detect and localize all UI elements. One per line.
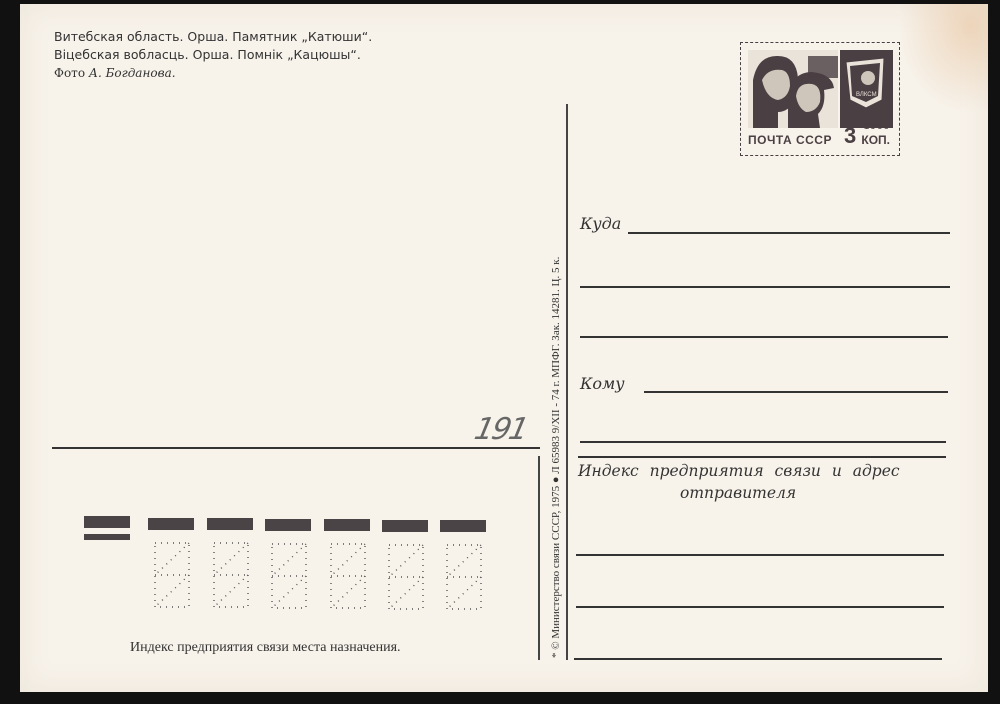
stamp-unit: КОП. (861, 133, 890, 147)
sender-line-1[interactable] (576, 554, 944, 556)
recipient-line-2[interactable] (580, 441, 946, 443)
stamp-country-label: ПОЧТА СССР (748, 133, 832, 147)
paper-stain (898, 4, 988, 114)
sender-line-2[interactable] (576, 606, 944, 608)
address-line-1[interactable] (628, 232, 950, 234)
address-line-3[interactable] (580, 336, 948, 338)
sender-label-line1: Индекс предприятия связи и адрес (578, 462, 900, 480)
index-block-top-rule (52, 447, 540, 449)
digit-box-3[interactable] (271, 543, 307, 609)
postcard-back: Витебская область. Орша. Памятник „Катюш… (20, 4, 988, 692)
postage-stamp: ВЛКСМ ПОЧТА СССР 3 1966 КОП. (740, 42, 900, 156)
sender-label-line2: отправителя (680, 484, 796, 502)
handwritten-note: 191 (471, 412, 530, 447)
index-block-divider (538, 456, 540, 660)
digit-box-1[interactable] (154, 542, 190, 608)
digit-box-6[interactable] (446, 544, 482, 610)
recipient-line-1[interactable] (644, 391, 948, 393)
address-line-2[interactable] (580, 286, 950, 288)
stamp-value: 3 (844, 123, 856, 149)
digit-box-4[interactable] (330, 543, 366, 609)
digit-box-5[interactable] (388, 544, 424, 610)
caption-belarusian: Віцебская вобласць. Орша. Помнік „Кацюшы… (54, 46, 372, 64)
code-marker-bar-thin (84, 534, 130, 540)
code-marker-bar (84, 516, 130, 528)
address-divider (566, 104, 568, 660)
sender-line-3[interactable] (574, 658, 942, 660)
caption-russian: Витебская область. Орша. Памятник „Катюш… (54, 28, 372, 46)
photo-credit: Фото А. Богданова. (54, 64, 372, 82)
to-whom-label: Кому (580, 374, 625, 393)
stamp-portrait-icon: ВЛКСМ (748, 50, 893, 128)
svg-text:ВЛКСМ: ВЛКСМ (856, 92, 877, 98)
index-caption: Индекс предприятия связи места назначени… (130, 640, 401, 656)
publisher-imprint: * © Министерство связи СССР, 1975 ● Л 65… (550, 98, 564, 658)
sender-section-rule (578, 456, 946, 458)
to-where-label: Куда (580, 214, 621, 233)
digit-box-2[interactable] (213, 542, 249, 608)
stamp-year: 1966 (864, 121, 890, 132)
photo-caption: Витебская область. Орша. Памятник „Катюш… (54, 28, 372, 82)
